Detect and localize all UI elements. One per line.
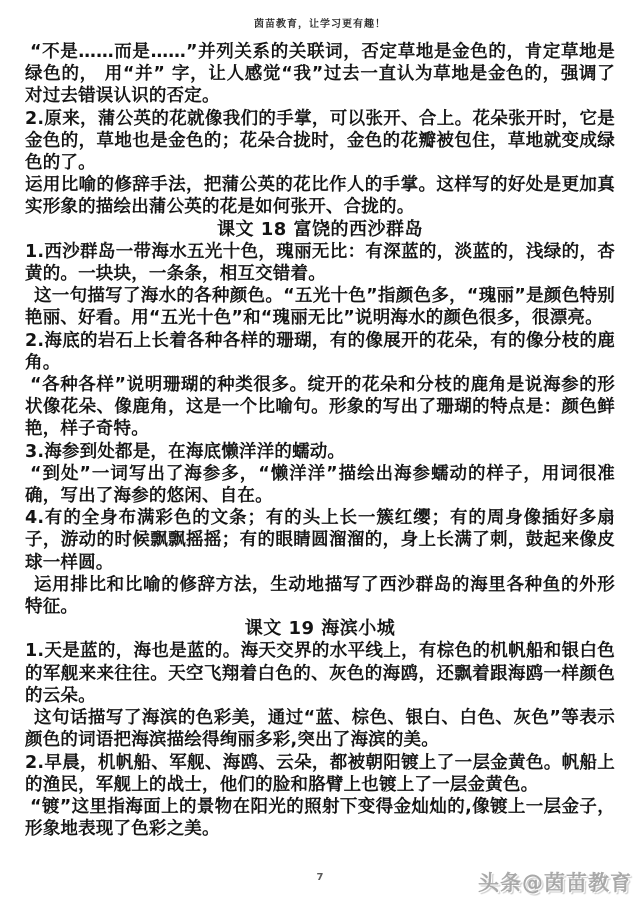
paragraph: 这一句描写了海水的各种颜色。“五光十色”指颜色多，“瑰丽”是颜色特别艳丽、好看。…: [25, 285, 615, 329]
paragraph: “镀”这里指海面上的景物在阳光的照射下变得金灿灿的,像镀上一层金子，形象地表现了…: [25, 796, 615, 840]
document-page: 茵苗教育，让学习更有趣！ “不是……而是……”并列关系的关联词，否定草地是金色的…: [0, 0, 640, 905]
paragraph: 运用排比和比喻的修辞方法，生动地描写了西沙群岛的海里各种鱼的外形特征。: [25, 574, 615, 618]
paragraph: 1.天是蓝的，海也是蓝的。海天交界的水平线上，有棕色的机帆船和银白色的军舰来来往…: [25, 640, 615, 707]
paragraph: 2.原来，蒲公英的花就像我们的手掌，可以张开、合上。花朵张开时，它是金色的，草地…: [25, 108, 615, 175]
document-body: “不是……而是……”并列关系的关联词，否定草地是金色的，肯定草地是绿色的， 用“…: [25, 41, 615, 840]
paragraph: 2.海底的岩石上长着各种各样的珊瑚，有的像展开的花朵，有的像分枝的鹿角。: [25, 330, 615, 374]
lesson-18-heading: 课文 18 富饶的西沙群岛: [25, 219, 615, 241]
lesson-19-heading: 课文 19 海滨小城: [25, 618, 615, 640]
header-slogan: 茵苗教育，让学习更有趣！: [0, 15, 640, 30]
paragraph: “各种各样”说明珊瑚的种类很多。绽开的花朵和分枝的鹿角是说海参的形状像花朵、像鹿…: [25, 374, 615, 441]
paragraph: 这句话描写了海滨的色彩美，通过“蓝、棕色、银白、白色、灰色”等表示颜色的词语把海…: [25, 707, 615, 751]
paragraph: 3.海参到处都是，在海底懒洋洋的蠕动。: [25, 441, 615, 463]
paragraph: 2.早晨，机帆船、军舰、海鸥、云朵，都被朝阳镀上了一层金黄色。帆船上的渔民，军舰…: [25, 752, 615, 796]
watermark-text: 头条@茵苗教育: [478, 867, 632, 897]
paragraph: 1.西沙群岛一带海水五光十色，瑰丽无比：有深蓝的，淡蓝的，浅绿的，杏黄的。一块块…: [25, 241, 615, 285]
paragraph: 运用比喻的修辞手法，把蒲公英的花比作人的手掌。这样写的好处是更加真实形象的描绘出…: [25, 174, 615, 218]
paragraph: 4.有的全身布满彩色的文条；有的头上长一簇红缨；有的周身像插好多扇子，游动的时候…: [25, 507, 615, 574]
paragraph: “不是……而是……”并列关系的关联词，否定草地是金色的，肯定草地是绿色的， 用“…: [25, 41, 615, 108]
paragraph: “到处”一词写出了海参多，“懒洋洋”描绘出海参蠕动的样子，用词很准确，写出了海参…: [25, 463, 615, 507]
